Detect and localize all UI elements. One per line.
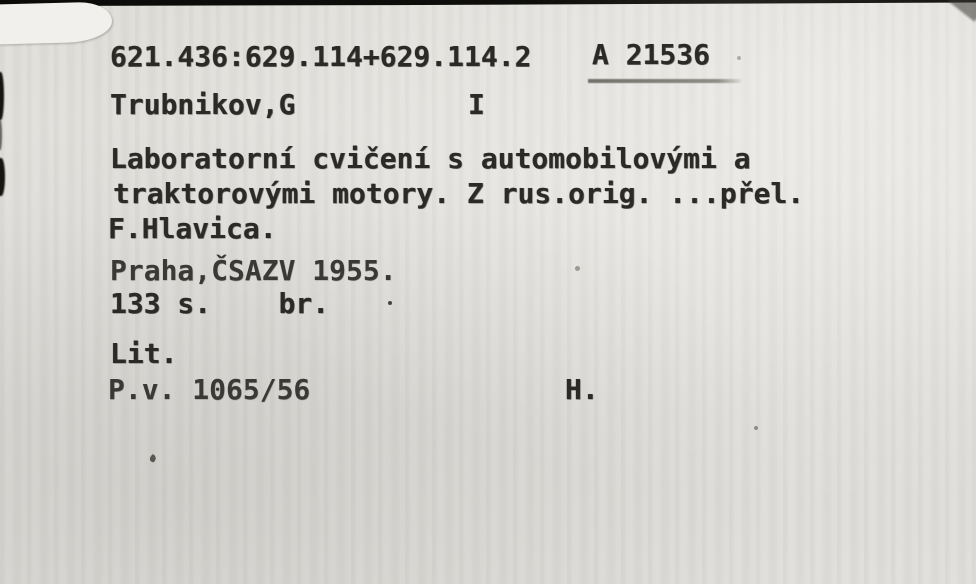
imprint-publisher-year: Praha,ČSAZV 1955. [110, 256, 397, 286]
ink-speck [149, 454, 158, 463]
title-line-3: F.Hlavica. [108, 214, 277, 244]
catalog-card-scan: 621.436:629.114+629.114.2 A 21536 Trubni… [0, 0, 976, 584]
classification-number: 621.436:629.114+629.114.2 [110, 42, 531, 72]
note-literature: Lit. [110, 339, 177, 369]
cataloguer-initials: H. [565, 375, 599, 405]
title-line-2: traktorovými motory. Z rus.orig. ...přel… [113, 179, 804, 209]
accession-number: A 21536 [592, 40, 710, 70]
left-edge-shadow [0, 158, 5, 196]
scan-top-edge [0, 0, 976, 6]
collation-pages-binding: 133 s. br. [110, 289, 329, 319]
accession-underline [588, 79, 741, 83]
ink-speck [388, 301, 392, 305]
ink-speck [754, 426, 758, 430]
author-name: Trubnikov,G [110, 90, 295, 120]
cutter-mark: I [468, 90, 485, 120]
torn-corner-top-left [0, 1, 113, 44]
ink-speck [575, 266, 580, 271]
note-accession-record: P.v. 1065/56 [108, 375, 310, 405]
ink-speck [737, 56, 741, 60]
scan-corner-top-right [948, 0, 976, 22]
left-edge-shadow [0, 72, 4, 120]
title-line-1: Laboratorní cvičení s automobilovými a [110, 144, 751, 174]
left-edge-shadow [0, 120, 2, 150]
